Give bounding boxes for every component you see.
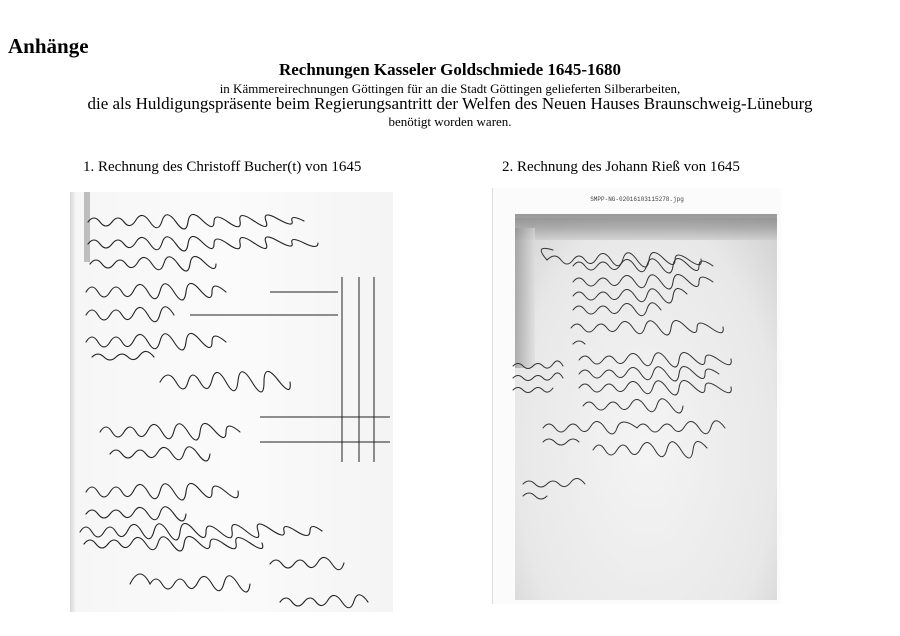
document-title: Rechnungen Kasseler Goldschmiede 1645-16… xyxy=(0,60,900,80)
section-heading: Anhänge xyxy=(8,34,89,59)
handwriting-illustration xyxy=(493,188,781,604)
figure-1-manuscript-image xyxy=(70,192,393,612)
figure-1-caption: 1. Rechnung des Christoff Bucher(t) von … xyxy=(83,159,361,176)
subtitle-line-3: benötigt worden waren. xyxy=(0,114,900,130)
subtitle-line-2: die als Huldigungspräsente beim Regierun… xyxy=(0,94,900,114)
figure-2-caption: 2. Rechnung des Johann Rieß von 1645 xyxy=(502,159,740,176)
handwriting-illustration xyxy=(70,192,393,612)
figure-2-manuscript-image: SMPP-NG-02016103115278.jpg xyxy=(492,188,781,604)
